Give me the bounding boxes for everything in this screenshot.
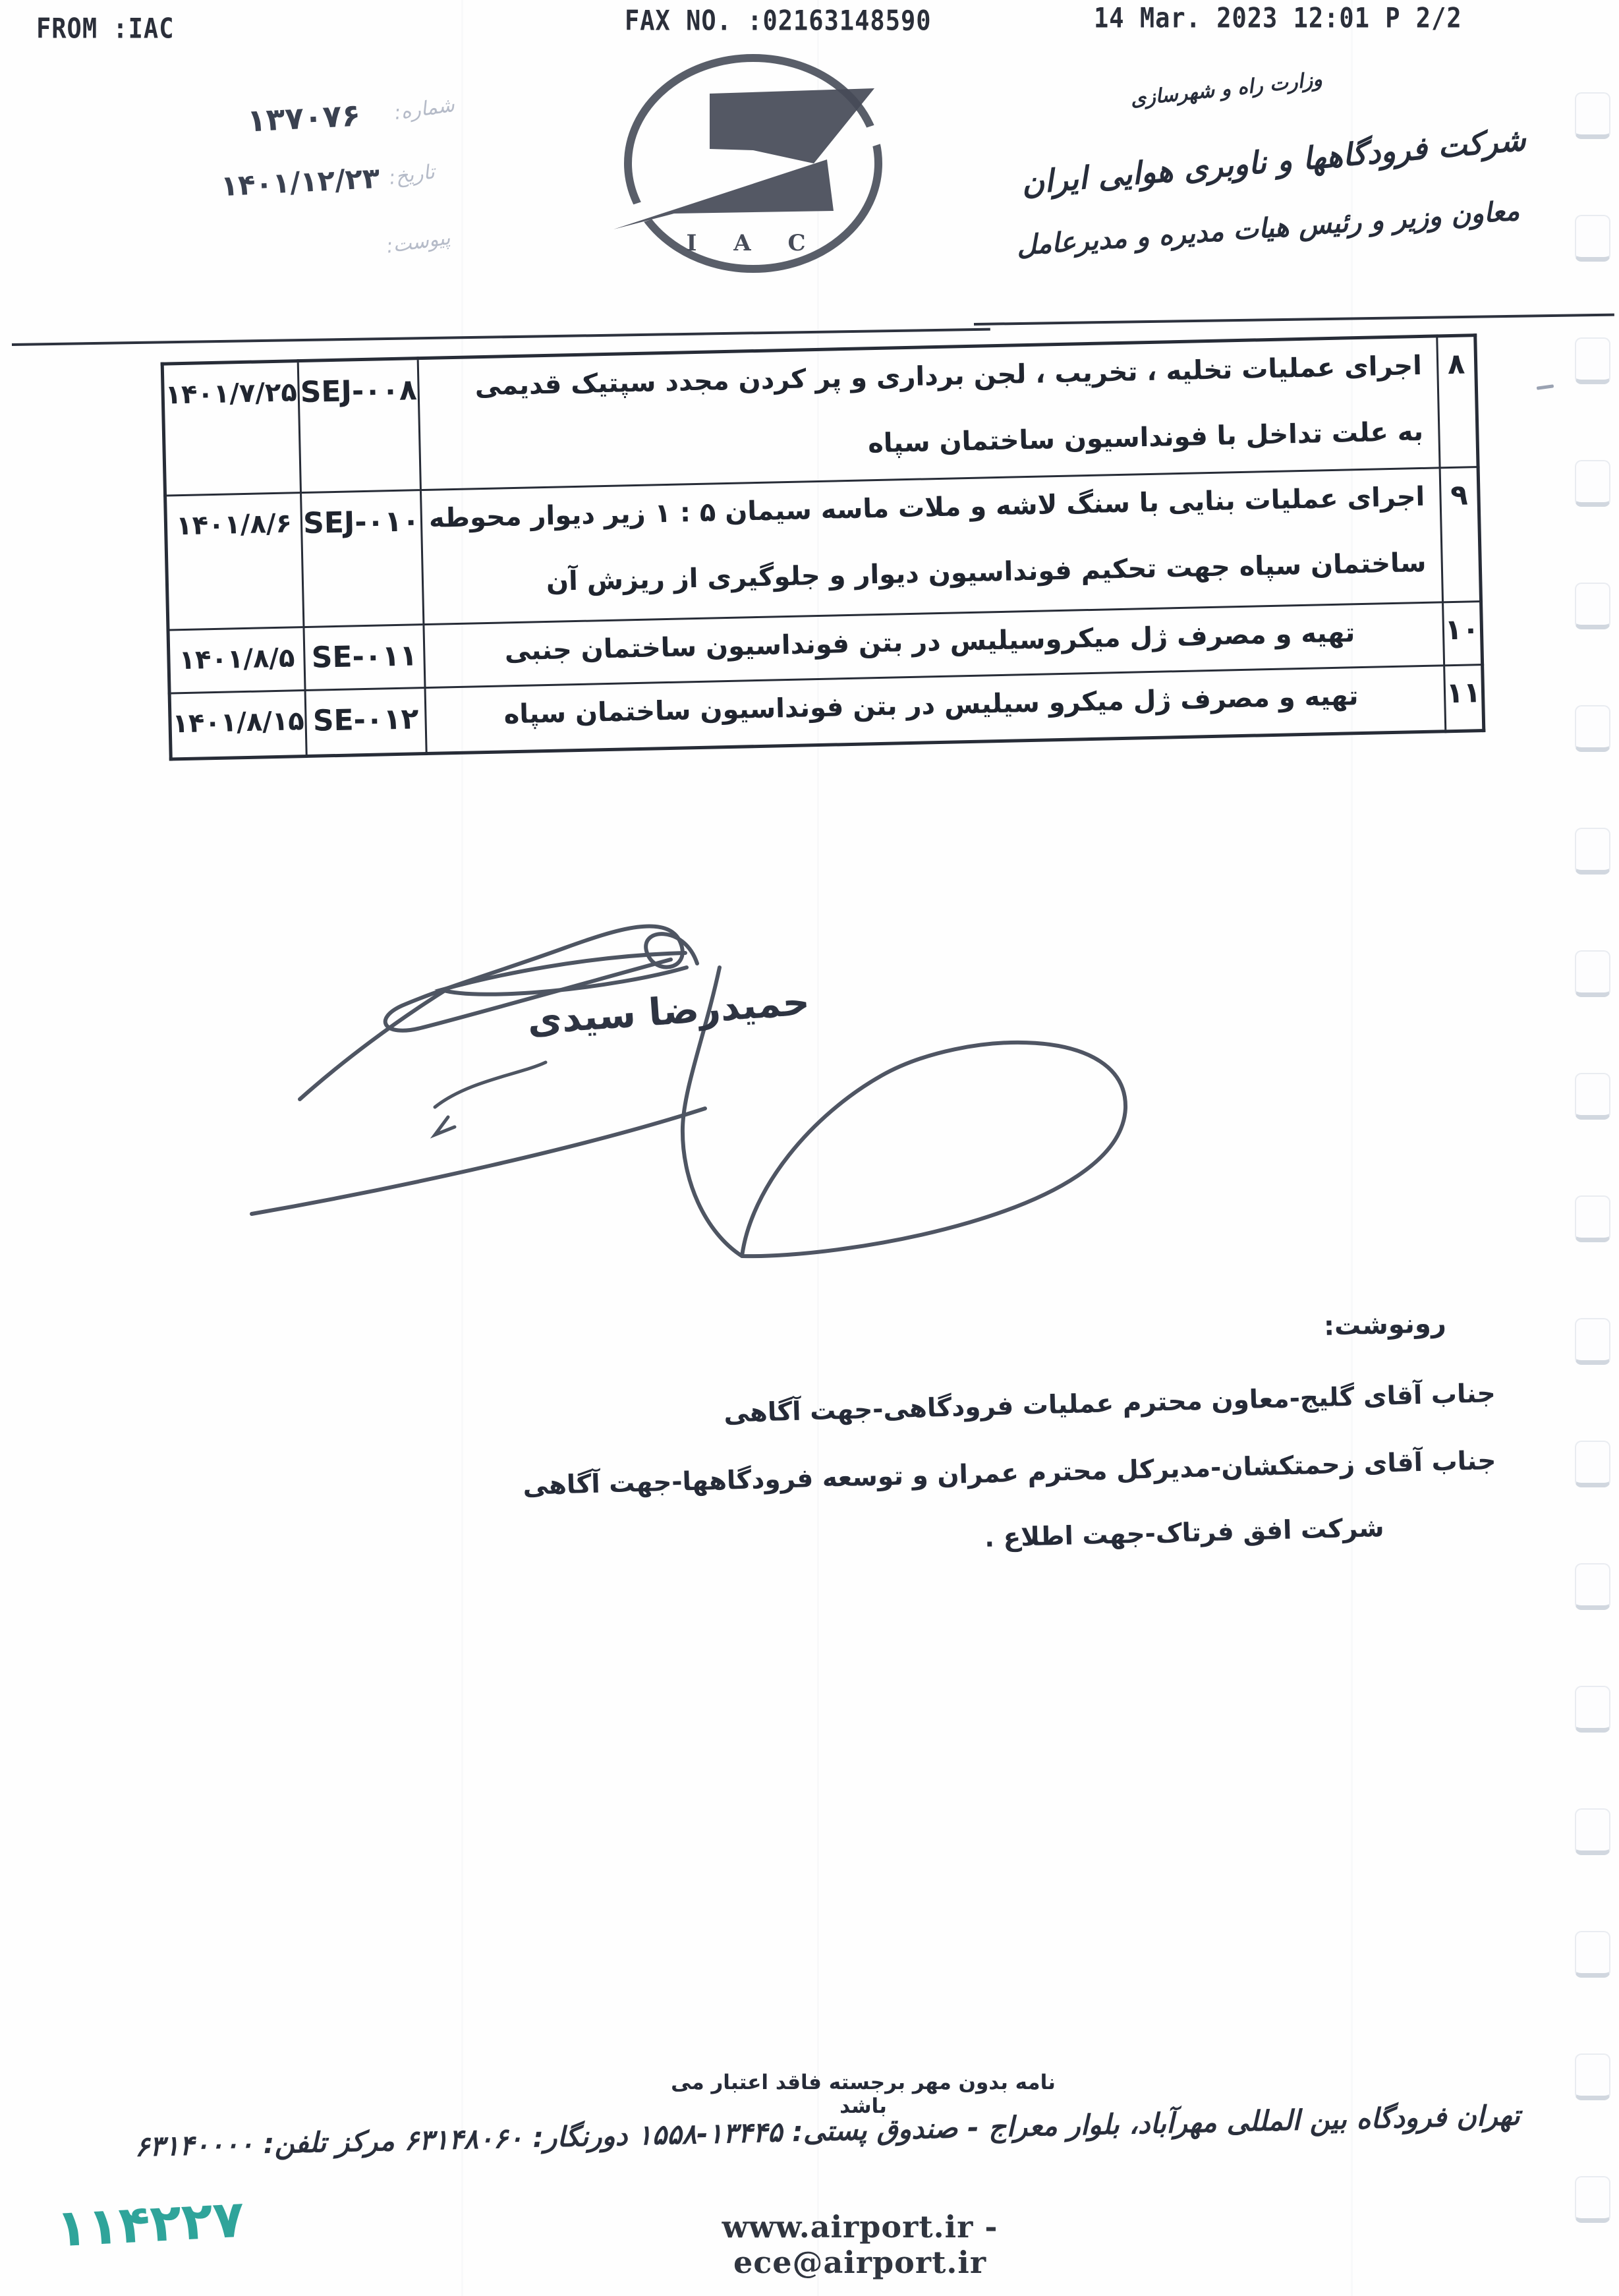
cc-line-2: جناب آقای زحمتکشان-مدیرکل محترم عمران و …	[523, 1446, 1496, 1501]
scan-hole-mark	[1575, 92, 1610, 139]
description-line: تهیه و مصرف ژل میکرو سیلیس در بتن فونداس…	[433, 677, 1429, 733]
description-line: به علت تداخل با فونداسیون ساختمان سپاه	[427, 415, 1423, 471]
scan-hole-mark	[1575, 705, 1610, 752]
scan-hole-mark	[1575, 2053, 1610, 2100]
scan-hole-mark	[1575, 2176, 1610, 2223]
ref-date-label: تاریخ:	[387, 160, 436, 189]
scan-hole-mark	[1575, 1808, 1610, 1855]
scan-hole-mark	[1575, 215, 1610, 262]
handwritten-log-number: ۱۱۴۲۲۷	[55, 2190, 246, 2259]
fax-from-text: FROM :IAC	[36, 13, 174, 44]
scan-hole-mark	[1575, 1441, 1610, 1487]
description-line: تهیه و مصرف ژل میکروسیلیس در بتن فونداسی…	[432, 614, 1428, 670]
cc-label: رونوشت:	[1324, 1308, 1447, 1342]
letterhead-ministry: وزارت راه و شهرسازی	[1129, 68, 1323, 111]
row-code: SE-۰۱۱	[304, 625, 425, 691]
scan-hole-mark	[1575, 337, 1610, 384]
row-code: SE-۰۱۲	[305, 688, 426, 757]
row-description: اجرای عملیات بنایی با سنگ لاشه و ملات ما…	[421, 468, 1443, 625]
scanned-fax-page: FROM :IAC FAX NO. :02163148590 14 Mar. 2…	[0, 0, 1619, 2296]
ref-date-value: ۱۴۰۱/۱۲/۲۳	[220, 162, 381, 204]
description-line: ساختمان سپاه جهت تحکیم فونداسیون دیوار و…	[430, 546, 1427, 602]
scan-hole-mark	[1575, 950, 1610, 997]
ref-number-value: ۱۳۷۰۷۶	[246, 98, 362, 140]
row-description: اجرای عملیات تخلیه ، تخریب ، لجن برداری …	[418, 336, 1440, 490]
scan-hole-mark	[1575, 828, 1610, 875]
letterhead-role: معاون وزیر و رئیس هیات مدیره و مدیرعامل	[1016, 194, 1521, 261]
cc-line-1: جناب آقای گلیج-معاون محترم عملیات فرودگا…	[724, 1379, 1496, 1429]
code-value: SEJ-۰۱۰	[303, 504, 420, 540]
scan-hole-mark	[1575, 460, 1610, 507]
code-value: SE-۰۱۲	[312, 702, 419, 737]
scan-hole-mark	[1575, 1318, 1610, 1365]
works-table: ۸ اجرای عملیات تخلیه ، تخریب ، لجن بردار…	[161, 333, 1475, 761]
row-date: ۱۴۰۱/۷/۲۵	[162, 361, 300, 496]
signature-scribble	[244, 890, 1232, 1298]
row-number: ۱۱	[1444, 665, 1484, 732]
description-line: اجرای عملیات بنایی با سنگ لاشه و ملات ما…	[428, 480, 1425, 536]
cc-line-3: شرکت افق فرتاک-جهت اطلاع .	[984, 1513, 1384, 1553]
header-divider	[12, 328, 990, 346]
row-number: ۱۰	[1442, 602, 1483, 666]
scan-speck	[1537, 384, 1554, 390]
ref-attachment-label: پیوست:	[385, 226, 452, 258]
code-value: SE-۰۱۱	[311, 639, 418, 674]
fax-datetime-text: 14 Mar. 2023 12:01 P 2/2	[1094, 2, 1462, 34]
scan-hole-mark	[1575, 583, 1610, 629]
row-number: ۸	[1436, 335, 1478, 468]
row-code: SEJ-۰۱۰	[301, 490, 424, 627]
ref-number-label: شماره:	[393, 94, 456, 125]
letterhead-company: شرکت فرودگاهها و ناوبری هوایی ایران	[1020, 122, 1527, 202]
row-date: ۱۴۰۱/۸/۶	[165, 493, 304, 630]
description-line: اجرای عملیات تخلیه ، تخریب ، لجن برداری …	[426, 349, 1422, 405]
row-date: ۱۴۰۱/۸/۱۵	[169, 691, 306, 759]
row-code: SEJ-۰۰۸	[298, 359, 420, 493]
fax-number-text: FAX NO. :02163148590	[625, 5, 932, 36]
iac-logo: I A C	[610, 53, 893, 280]
header-divider	[974, 314, 1614, 326]
scan-hole-mark	[1575, 1195, 1610, 1242]
iac-logo-letters: I A C	[686, 230, 820, 256]
scan-hole-mark	[1575, 1563, 1610, 1610]
scan-hole-mark	[1575, 1686, 1610, 1733]
footer-website-email: www.airport.ir - ece@airport.ir	[596, 2209, 1123, 2280]
row-number: ۹	[1440, 467, 1481, 602]
code-value: SEJ-۰۰۸	[300, 373, 417, 409]
row-date: ۱۴۰۱/۸/۵	[168, 627, 305, 693]
scan-hole-mark	[1575, 1073, 1610, 1120]
scan-hole-mark	[1575, 1931, 1610, 1978]
